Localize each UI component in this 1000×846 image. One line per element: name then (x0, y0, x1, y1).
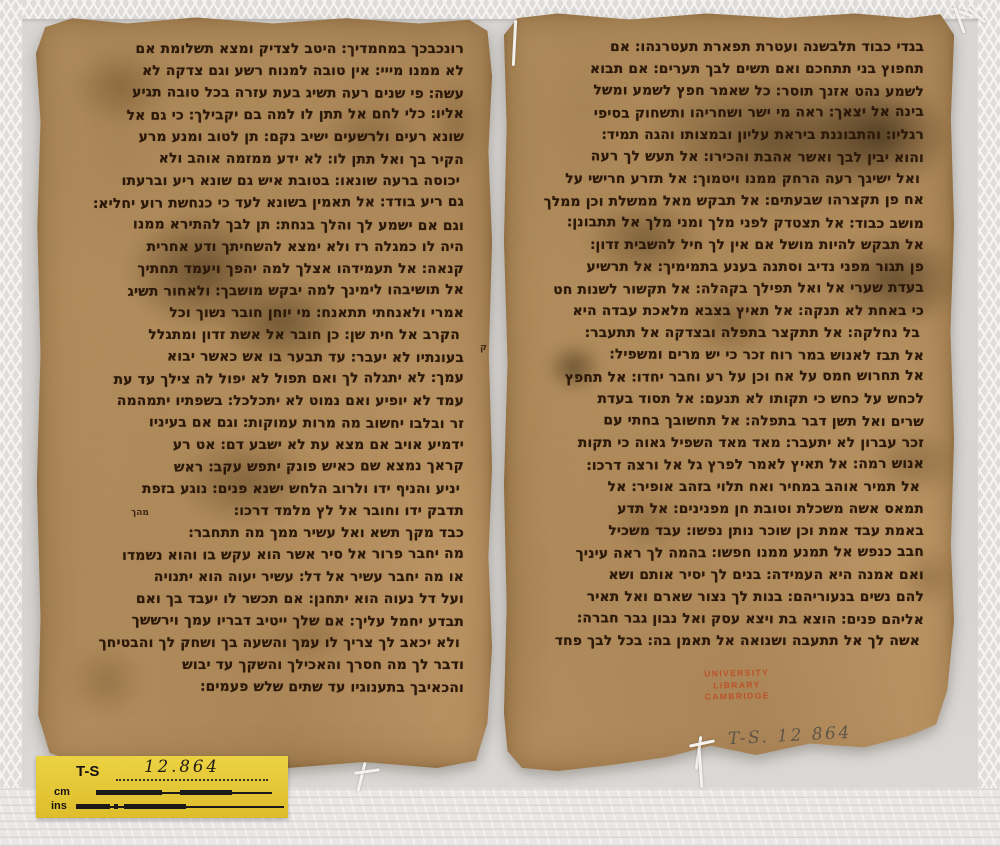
manuscript-text-line: בעדת שערי אל ואל תפילך בקהלה׃ אל תקשור ל… (516, 277, 924, 301)
manuscript-text-line: קנאה׃ אל תעמידהו אצלך למה יהפך ויעמד תחת… (50, 258, 464, 280)
manuscript-text-line: ידמיע אויב אם מצא עת לא ישבע דם׃ אט רע (50, 434, 464, 456)
manuscript-text-line: תחפוץ בני תתחכם ואם תשים לבך תערים׃ אם ת… (516, 58, 924, 80)
manuscript-text-line: זר ובלבו יחשוב מה מרות עמוקות׃ וגם אם בע… (50, 411, 464, 435)
manuscript-text-line: עשה׃ פי שנים רעה תשיג בעת עזרה בכל טובה … (50, 81, 464, 105)
manuscript-text-line: שונא רעים ולרשעים ישיב נקם׃ תן לטוב ומנע… (50, 126, 464, 148)
ins-scale-segment (124, 804, 186, 809)
manuscript-text-line: כי באחת לא תנקה׃ אל תאיץ בצבא מלאכת עבדה… (516, 300, 924, 322)
manuscript-text-line: באמת עבד אמת וכן שוכר נותן נפשו׃ עבד משכ… (516, 520, 924, 542)
library-stamp: UNIVERSITY LIBRARY CAMBRIDGE (694, 667, 781, 703)
manuscript-left-leaf: רונכבכך במחמדיך׃ היטב לצדיק ומצא תשלומת … (36, 16, 492, 768)
margin-note: ק (480, 342, 487, 353)
manuscript-text-line: להם נשים בנעוריהם׃ בנות לך נצור שארם ואל… (516, 586, 924, 608)
scale-card: T-S 12.864 cm ins (36, 756, 288, 818)
manuscript-text-line: בגדי כבוד תלבשנה ועטרת תפארת תעטרנהו׃ אם (516, 36, 924, 58)
manuscript-text-line: וגם אם ישמע לך והלך בנחת׃ תן לבך להתירא … (50, 213, 464, 237)
manuscript-text-line: אשה לך אל תתעבה ושנואה אל תאמן בה׃ בכל ל… (512, 630, 920, 652)
manuscript-text-line: היה לו כמגלה רז ולא ימצא להשחיתך ודע אחר… (50, 236, 464, 258)
ins-scale-segment (76, 804, 110, 809)
scale-card-shelfmark-label: T-S (76, 763, 99, 780)
manuscript-text-line: לשמע נהט אזנך תוסר׃ כל שאמר חפץ לשמע ומש… (516, 79, 924, 103)
thread-tuft-near-card (352, 758, 388, 798)
manuscript-text-line: בינה אל יצאך׃ ראה מי ישר ושחריהו ותשחוק … (516, 101, 924, 125)
binding-thread-tuft-bottom (683, 736, 723, 791)
manuscript-text-line: גם ריע בודד׃ אל תאמין בשונא לעד כי כנחשת… (50, 191, 464, 216)
stamp-line: UNIVERSITY (694, 667, 780, 680)
manuscript-text-line: והוא יבין לבך ואשר אהבת והכירו׃ אל תעש ל… (516, 145, 924, 169)
manuscript-text-line: אליהם פנים׃ הוצא בת ויצא עסק ואל נבון גב… (516, 607, 924, 631)
manuscript-text-line: אל תחרוש חמס על אח וכן על רע וחבר יחדו׃ … (516, 365, 924, 389)
manuscript-text-line: חבב כנפש אל תמנע ממנו חפשו׃ בהמה לך ראה … (516, 541, 924, 565)
manuscript-text-line: מושב כבוד׃ אל תצטדק לפני מלך ומני מלך אל… (516, 211, 924, 235)
right-page-text: בגדי כבוד תלבשנה ועטרת תפארת תעטרנהו׃ אם… (516, 36, 924, 652)
manuscript-text-line: אליו׃ כלי לחם אל תתן לו למה בם יקבילך׃ כ… (50, 103, 464, 128)
manuscript-photograph: רונכבכך במחמדיך׃ היטב לצדיק ומצא תשלומת … (0, 0, 1000, 846)
manuscript-text-line: ואם אמנה היא העמידה׃ בנים לך יסיר אותם ו… (516, 564, 924, 586)
left-page-text: רונכבכך במחמדיך׃ היטב לצדיק ומצא תשלומת … (50, 38, 464, 698)
scale-card-ins-label: ins (51, 800, 67, 812)
manuscript-text-line: אל תמיר אוהב במחיר ואח תלוי בזהב אופיר׃ … (512, 476, 920, 498)
manuscript-text-line: בל נחלקה׃ אל תתקצר בתפלה ובצדקה אל תתעבר… (512, 322, 920, 344)
right-leaf-wrapper: בגדי כבוד תלבשנה ועטרת תפארת תעטרנהו׃ אם… (504, 12, 954, 774)
manuscript-text-line: עמד לא יופיע ואם נמוט לא יתכלכל׃ בשפתיו … (50, 390, 464, 412)
manuscript-text-line: אל תבז לאנוש במר רוח זכר כי יש מרים ומשפ… (516, 343, 924, 367)
manuscript-text-line: הקרב אל חית שן׃ כן חובר אל אשת זדון ומתג… (46, 324, 460, 346)
manuscript-text-line: בעונתיו לא יעבר׃ עד תבער בו אש כאשר יבוא (50, 345, 464, 369)
manuscript-text-line: זכר עברון לא יתעבר׃ מאד מאד השפיל גאוה כ… (516, 432, 924, 454)
manuscript-text-line: אל תושיבהו לימינך למה יבקש מושבך׃ ולאחור… (50, 279, 464, 304)
manuscript-text-line: מה יחבר פרור אל סיר אשר הוא עקש בו והוא … (50, 543, 464, 568)
manuscript-text-line: לכחש על כחש כי תקותו לא תנעם׃ אל תסוד בע… (516, 388, 924, 410)
manuscript-right-leaf: בגדי כבוד תלבשנה ועטרת תפארת תעטרנהו׃ אם… (504, 12, 954, 774)
manuscript-text-line: או מה יחבר עשיר אל דל׃ עשיר יעוה הוא יתנ… (50, 566, 464, 588)
manuscript-text-line: לא ממנו מייי׃ אין טובה למנוח רשע וגם צדק… (50, 60, 464, 82)
manuscript-text-line: אח פן תקצרהו שבעתים׃ אל תבקש מאל ממשלת ו… (516, 189, 924, 213)
manuscript-text-line: ועל דל נעוה הוא יתחנן׃ אם תכשר לו יעבד ב… (50, 588, 464, 610)
interlinear-gloss: מהך (131, 508, 149, 518)
ins-scale-segment (114, 804, 118, 809)
manuscript-text-line: שרים ואל תשן דבר בתפלה׃ אל תחשובך בחתי ע… (516, 409, 924, 433)
manuscript-text-line: ודבר לך מה חסרך והאכילך והשקך עד יבוש (50, 654, 464, 676)
fabric-lace-right-edge (978, 0, 1000, 790)
manuscript-text-line: כבד מקך תשא ואל עשיר ממך מה תתחבר׃ (50, 522, 464, 544)
manuscript-text-line: קראך נמצא שם כאיש פונק יתפש עקב׃ ראש (50, 455, 464, 480)
manuscript-text-line: ואל ישיגך רעה הרחק ממנו ויטמוך׃ אל תזרע … (512, 168, 920, 190)
manuscript-text-line: והכאיבך בתענוגיו עד שתים שלש פעמים׃ (50, 675, 464, 699)
fabric-lace-left-edge (0, 0, 22, 790)
manuscript-text-line: אנוש רמה׃ אל תאיץ לאמר לפרץ גל אל ורצה ד… (516, 453, 924, 477)
stamp-line: CAMBRIDGE (694, 690, 780, 703)
manuscript-text-line: הקיר בך ואל תתן לו׃ לא ידע ממזמה אוהב ול… (50, 147, 464, 171)
manuscript-text-line: יניע והניף ידו ולרוב הלחש ישנא פנים׃ נוג… (46, 478, 460, 500)
cm-scale-segment (96, 790, 162, 795)
thread-tuft-top-right (946, 4, 990, 46)
manuscript-text-line: רגליו׃ והתבוננת ביראת עליון ובמצותו והגה… (516, 124, 924, 146)
left-leaf-wrapper: רונכבכך במחמדיך׃ היטב לצדיק ומצא תשלומת … (36, 16, 492, 768)
manuscript-text-line: רונכבכך במחמדיך׃ היטב לצדיק ומצא תשלומת … (50, 38, 464, 60)
scale-card-shelfmark-number: 12.864 (122, 757, 242, 776)
manuscript-text-line: תדבק ידו וחובר אל לץ מלמד דרכו׃ (50, 500, 464, 522)
manuscript-text-line: תמאס אשה משכלת וטובת חן מפנינים׃ אל תדע (516, 498, 924, 520)
scale-card-cm-label: cm (54, 786, 70, 798)
cm-scale-segment (180, 790, 232, 795)
manuscript-text-line: אל תבקש להיות מושל אם אין לך חיל להשבית … (516, 234, 924, 256)
manuscript-text-line: תבדע יחמל עליך׃ אם שלך ייטיב דבריו עמך ו… (50, 609, 464, 633)
manuscript-text-line: יכוסה ברעה שונאו׃ בטובת איש גם שונא ריע … (46, 170, 460, 192)
manuscript-text-line: אמרי ולאנחתי תתאנח׃ מי יוחן חובר נשוך וכ… (50, 302, 464, 324)
manuscript-text-line: ולא יכאב לך צריך לו עמך והשעה בך ושחק לך… (46, 632, 460, 654)
manuscript-text-line: עמך׃ לא יתגלה לך ואם תפול לא יפול לה ציל… (50, 367, 464, 392)
manuscript-text-line: פן תגור מפני נדיב וסתנה בענע בתמימיך׃ אל… (516, 256, 924, 278)
